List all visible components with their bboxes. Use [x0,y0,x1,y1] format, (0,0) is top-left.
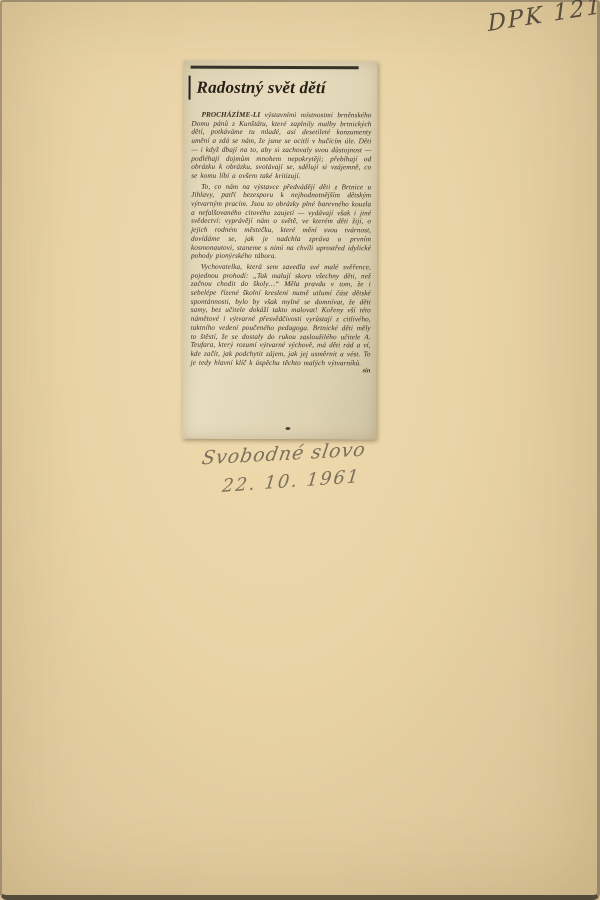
source-handwriting: Svobodné slovo [200,439,367,470]
article-paragraph: PROCHÁZÍME-LI výstavními místnostmi brně… [191,111,371,181]
article-paragraph: Vychovatelka, která sem zavedla své malé… [191,263,371,368]
paragraph-text: výstavními místnostmi brněnského Domu pá… [191,111,371,180]
scanned-page: DPK 121 Radostný svět dětí PROCHÁZÍME-LI… [0,0,600,900]
title-block: Radostný svět dětí [189,76,326,100]
archive-number-handwriting: DPK 121 [487,0,600,37]
newspaper-clipping: Radostný svět dětí PROCHÁZÍME-LI výstavn… [182,61,377,440]
article-signature: sin [352,368,370,377]
date-handwriting: 22. 10. 1961 [221,466,361,497]
lead-word: PROCHÁZÍME-LI [201,111,260,119]
article-paragraph: To, co nám na výstavce předvádějí děti z… [191,182,371,261]
clipping-top-rule [191,66,359,70]
paragraph-text: Vychovatelka, která sem zavedla své malé… [191,263,371,367]
article-title: Radostný svět dětí [197,76,326,100]
ink-mark [285,427,290,430]
article-body: PROCHÁZÍME-LI výstavními místnostmi brně… [191,111,372,377]
